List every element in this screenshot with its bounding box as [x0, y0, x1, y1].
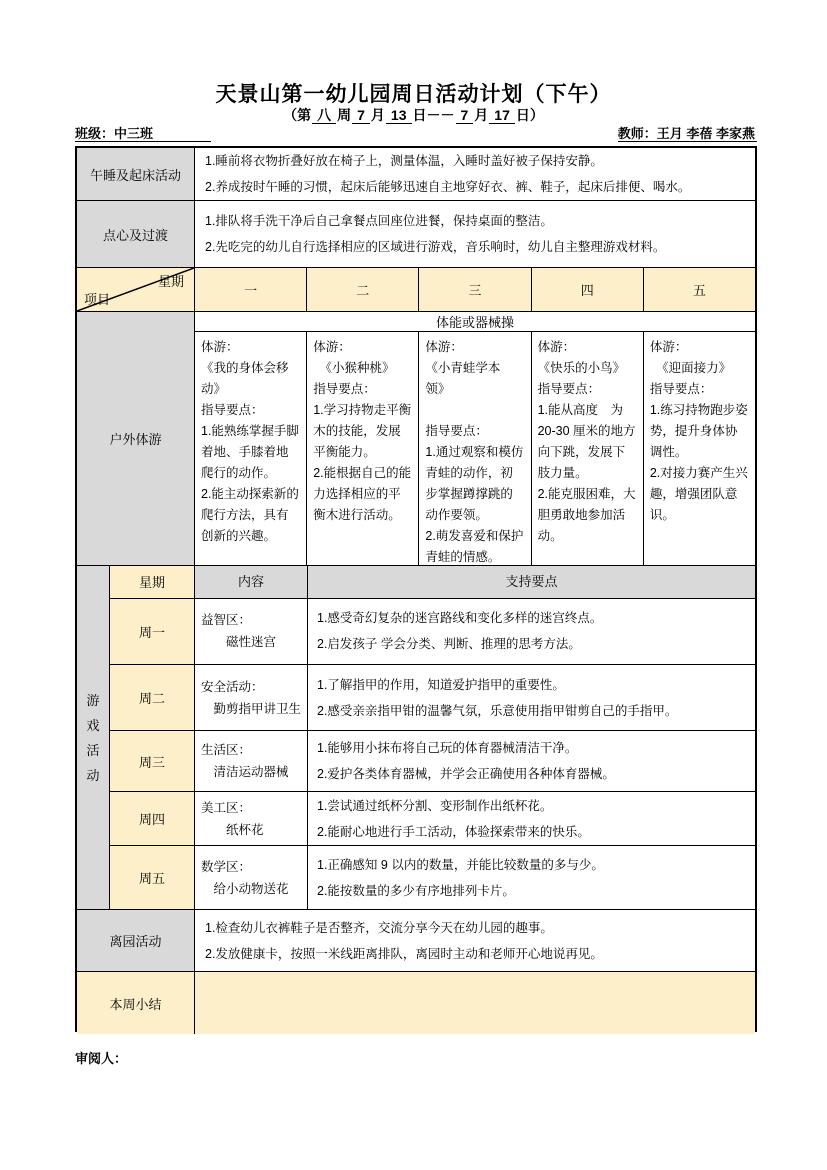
- leave-row: 离园活动 1.检查幼儿衣裤鞋子是否整齐，交流分享今天在幼儿园的趣事。 2.发放健…: [77, 910, 755, 972]
- corner-label-item: 项目: [84, 289, 110, 308]
- summary-row: 本周小结: [77, 972, 755, 1034]
- nap-label: 午睡及起床活动: [77, 148, 195, 200]
- page-title: 天景山第一幼儿园周日活动计划（下午）: [0, 78, 827, 108]
- outdoor-cell-fri: 体游： 《迎面接力》 指导要点： 1.练习持物跑步姿势，提升身体协调性。 2.对…: [644, 332, 755, 573]
- outdoor-cell-mon: 体游： 《我的身体会移动》 指导要点： 1.能熟练掌握手脚着地、手膝着地爬行的动…: [195, 332, 307, 573]
- games-header-row: 星期 内容 支持要点: [110, 566, 755, 599]
- snack-content: 1.排队将手洗干净后自己拿餐点回座位进餐，保持桌面的整洁。 2.先吃完的幼儿自行…: [195, 201, 755, 267]
- outdoor-cell-tue: 体游： 《小猴种桃》 指导要点： 1.学习持物走平衡木的技能，发展平衡能力。 2…: [307, 332, 419, 573]
- page-subtitle: （第八周7月13日－－7月17日）: [0, 105, 827, 125]
- corner-cell: 星期 项目: [77, 268, 195, 311]
- subtitle-prefix: （第: [283, 107, 311, 123]
- games-points-thu: 1.尝试通过纸杯分割、变形制作出纸杯花。 2.能耐心地进行手工活动，体验探索带来…: [308, 792, 755, 845]
- nap-content: 1.睡前将衣物折叠好放在椅子上，测量体温，入睡时盖好被子保持安静。 2.养成按时…: [195, 148, 755, 200]
- games-header-day: 星期: [110, 566, 195, 598]
- outdoor-section: 户外体游 体能或器械操 体游： 《我的身体会移动》 指导要点： 1.能熟练掌握手…: [77, 312, 755, 566]
- weekday-header-row: 星期 项目 一 二 三 四 五: [77, 268, 755, 312]
- corner-label-week: 星期: [158, 271, 184, 290]
- games-row-mon: 周一 益智区： 磁性迷宫 1.感受奇幻复杂的迷宫路线和变化多样的迷宫终点。 2.…: [110, 599, 755, 665]
- summary-label: 本周小结: [77, 972, 195, 1034]
- outdoor-columns: 体游： 《我的身体会移动》 指导要点： 1.能熟练掌握手脚着地、手膝着地爬行的动…: [195, 332, 755, 573]
- subtitle-yue1: 月: [371, 107, 385, 123]
- teacher-label: 教师：: [618, 126, 657, 142]
- class-value: 中三班: [114, 126, 211, 142]
- summary-content: [195, 972, 755, 1034]
- snack-row: 点心及过渡 1.排队将手洗干净后自己拿餐点回座位进餐，保持桌面的整洁。 2.先吃…: [77, 201, 755, 268]
- document-page: 天景山第一幼儿园周日活动计划（下午） （第八周7月13日－－7月17日） 班级：…: [0, 0, 827, 1170]
- games-day-fri: 周五: [110, 846, 195, 909]
- snack-label: 点心及过渡: [77, 201, 195, 267]
- games-side-label: 游戏活动: [86, 688, 100, 788]
- games-points-wed: 1.能够用小抹布将自己玩的体育器械清洁干净。 2.爱护各类体育器械，并学会正确使…: [308, 731, 755, 791]
- games-day-wed: 周三: [110, 731, 195, 791]
- games-content-fri: 数学区： 给小动物送花: [195, 846, 308, 909]
- games-points-fri: 1.正确感知 9 以内的数量，并能比较数量的多与少。 2.能按数量的多少有序地排…: [308, 846, 755, 909]
- day-header-tue: 二: [307, 268, 419, 311]
- day-header-wed: 三: [419, 268, 531, 311]
- reviewer-label: 审阅人：: [75, 1048, 127, 1067]
- subtitle-middle: 日－－: [413, 107, 455, 123]
- outdoor-label: 户外体游: [77, 312, 195, 565]
- games-section: 游戏活动 星期 内容 支持要点 周一 益智区： 磁性迷宫 1.感受奇幻复杂的迷宫…: [77, 566, 755, 910]
- games-row-wed: 周三 生活区： 清洁运动器械 1.能够用小抹布将自己玩的体育器械清洁干净。 2.…: [110, 731, 755, 792]
- end-day: 17: [489, 107, 515, 124]
- games-points-tue: 1.了解指甲的作用，知道爱护指甲的重要性。 2.感受亲亲指甲钳的温馨气氛，乐意使…: [308, 665, 755, 731]
- games-side-label-cell: 游戏活动: [77, 566, 110, 909]
- games-day-thu: 周四: [110, 792, 195, 845]
- games-day-mon: 周一: [110, 599, 195, 664]
- games-content-mon: 益智区： 磁性迷宫: [195, 599, 308, 664]
- meta-row: 班级：中三班 教师：王月 李蓓 李家燕: [75, 123, 757, 142]
- week-number: 八: [312, 107, 336, 124]
- teacher-value: 王月 李蓓 李家燕: [657, 126, 757, 142]
- activity-plan-table: 午睡及起床活动 1.睡前将衣物折叠好放在椅子上，测量体温，入睡时盖好被子保持安静…: [75, 146, 757, 1032]
- day-header-mon: 一: [195, 268, 307, 311]
- subtitle-yue2: 月: [474, 107, 488, 123]
- games-day-tue: 周二: [110, 665, 195, 731]
- class-label: 班级：: [75, 126, 114, 142]
- games-row-fri: 周五 数学区： 给小动物送花 1.正确感知 9 以内的数量，并能比较数量的多与少…: [110, 846, 755, 909]
- games-row-thu: 周四 美工区： 纸杯花 1.尝试通过纸杯分割、变形制作出纸杯花。 2.能耐心地进…: [110, 792, 755, 846]
- games-content-tue: 安全活动： 勤剪指甲讲卫生: [195, 665, 308, 731]
- teacher-field: 教师：王月 李蓓 李家燕: [618, 123, 757, 142]
- leave-content: 1.检查幼儿衣裤鞋子是否整齐，交流分享今天在幼儿园的趣事。 2.发放健康卡，按照…: [195, 910, 755, 971]
- outdoor-subheader: 体能或器械操: [195, 312, 755, 332]
- outdoor-cell-thu: 体游： 《快乐的小鸟》 指导要点： 1.能从高度 为20-30 厘米的地方向下跳…: [532, 332, 644, 573]
- nap-row: 午睡及起床活动 1.睡前将衣物折叠好放在椅子上，测量体温，入睡时盖好被子保持安静…: [77, 148, 755, 201]
- subtitle-zhou: 周: [337, 107, 351, 123]
- class-field: 班级：中三班: [75, 123, 211, 142]
- outdoor-content-area: 体能或器械操 体游： 《我的身体会移动》 指导要点： 1.能熟练掌握手脚着地、手…: [195, 312, 755, 565]
- subtitle-suffix: 日）: [516, 107, 544, 123]
- leave-label: 离园活动: [77, 910, 195, 971]
- day-header-fri: 五: [644, 268, 755, 311]
- games-content-thu: 美工区： 纸杯花: [195, 792, 308, 845]
- games-content-wed: 生活区： 清洁运动器械: [195, 731, 308, 791]
- start-day: 13: [386, 107, 412, 124]
- games-rows-area: 星期 内容 支持要点 周一 益智区： 磁性迷宫 1.感受奇幻复杂的迷宫路线和变化…: [110, 566, 755, 909]
- start-month: 7: [352, 107, 370, 124]
- day-header-thu: 四: [532, 268, 644, 311]
- games-row-tue: 周二 安全活动： 勤剪指甲讲卫生 1.了解指甲的作用，知道爱护指甲的重要性。 2…: [110, 665, 755, 732]
- games-header-content: 内容: [195, 566, 308, 598]
- games-header-points: 支持要点: [308, 566, 755, 598]
- end-month: 7: [456, 107, 474, 124]
- games-points-mon: 1.感受奇幻复杂的迷宫路线和变化多样的迷宫终点。 2.启发孩子 学会分类、判断、…: [308, 599, 755, 664]
- outdoor-cell-wed: 体游： 《小青蛙学本领》 指导要点： 1.通过观察和模仿青蛙的动作，初步掌握蹲撑…: [419, 332, 531, 573]
